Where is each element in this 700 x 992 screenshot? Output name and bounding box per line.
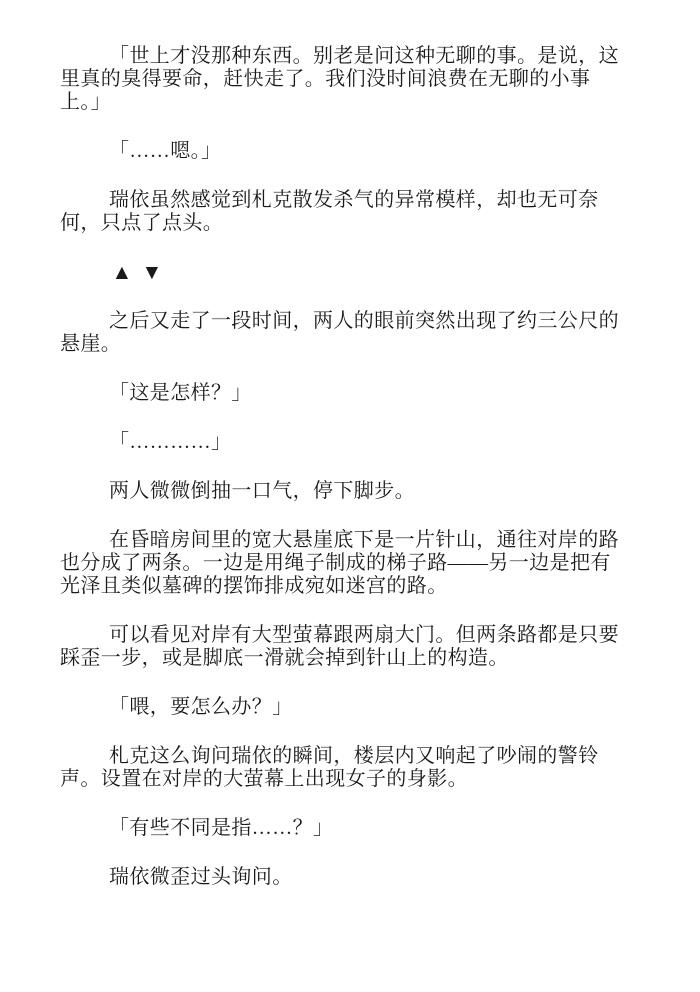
paragraph-dialogue: 「喂，要怎么办？」 (60, 696, 662, 719)
paragraph-dialogue: 「有些不同是指……？」 (60, 817, 662, 840)
paragraph-narration: 可以看见对岸有大型萤幕跟两扇大门。但两条路都是只要 踩歪一步，或是脚底一滑就会掉… (60, 624, 662, 670)
paragraph-narration: 札克这么询问瑞依的瞬间，楼层内又响起了吵闹的警铃 声。设置在对岸的大萤幕上出现女… (60, 745, 662, 791)
paragraph-dialogue: 「……嗯。」 (60, 140, 662, 163)
paragraph-narration: 之后又走了一段时间，两人的眼前突然出现了约三公尺的 悬崖。 (60, 310, 662, 356)
book-page: 「世上才没那种东西。别老是问这种无聊的事。是说，这 里真的臭得要命，赶快走了。我… (0, 0, 700, 992)
paragraph-narration: 在昏暗房间里的宽大悬崖底下是一片针山，通往对岸的路 也分成了两条。一边是用绳子制… (60, 529, 662, 598)
paragraph-dialogue: 「…………」 (60, 431, 662, 454)
paragraph-dialogue: 「世上才没那种东西。别老是问这种无聊的事。是说，这 里真的臭得要命，赶快走了。我… (60, 45, 662, 114)
paragraph-narration: 瑞依虽然感觉到札克散发杀气的异常模样，却也无可奈 何，只点了点头。 (60, 189, 662, 235)
scene-separator-icon: ▲ ▼ (60, 261, 662, 284)
paragraph-narration: 两人微微倒抽一口气，停下脚步。 (60, 480, 662, 503)
paragraph-dialogue: 「这是怎样？」 (60, 382, 662, 405)
paragraph-narration: 瑞依微歪过头询问。 (60, 866, 662, 889)
